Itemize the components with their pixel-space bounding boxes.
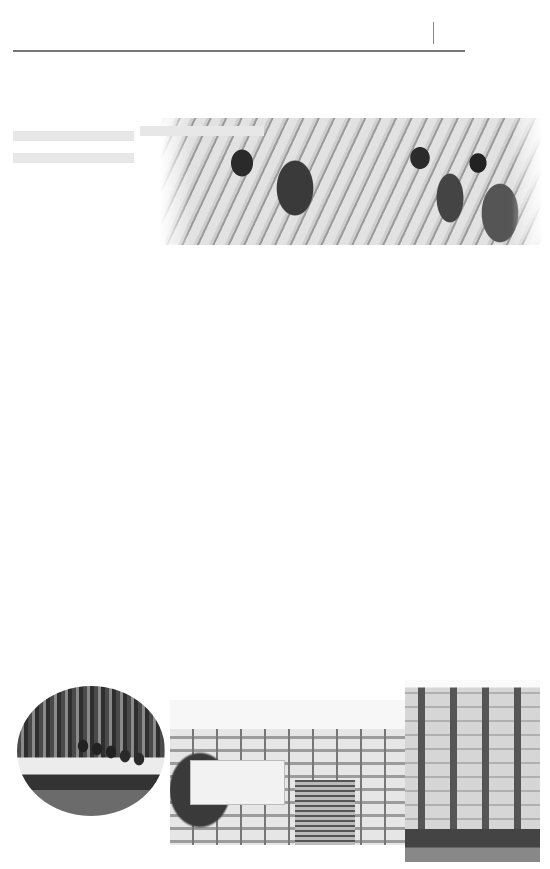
masthead-divider — [433, 22, 434, 44]
masthead-rule — [13, 50, 465, 52]
school-building-photo — [405, 680, 540, 862]
column-2 — [140, 122, 264, 720]
section-subhead-3 — [140, 126, 264, 136]
column-3-wrap — [270, 122, 308, 212]
column-3 — [270, 250, 398, 695]
section-subhead-1 — [13, 131, 134, 141]
campus-stairs — [295, 780, 355, 845]
section-subhead-2 — [13, 153, 134, 163]
masthead — [13, 0, 543, 51]
campus-banner — [190, 760, 285, 805]
column-1 — [13, 122, 134, 690]
photo-caption — [13, 682, 134, 692]
